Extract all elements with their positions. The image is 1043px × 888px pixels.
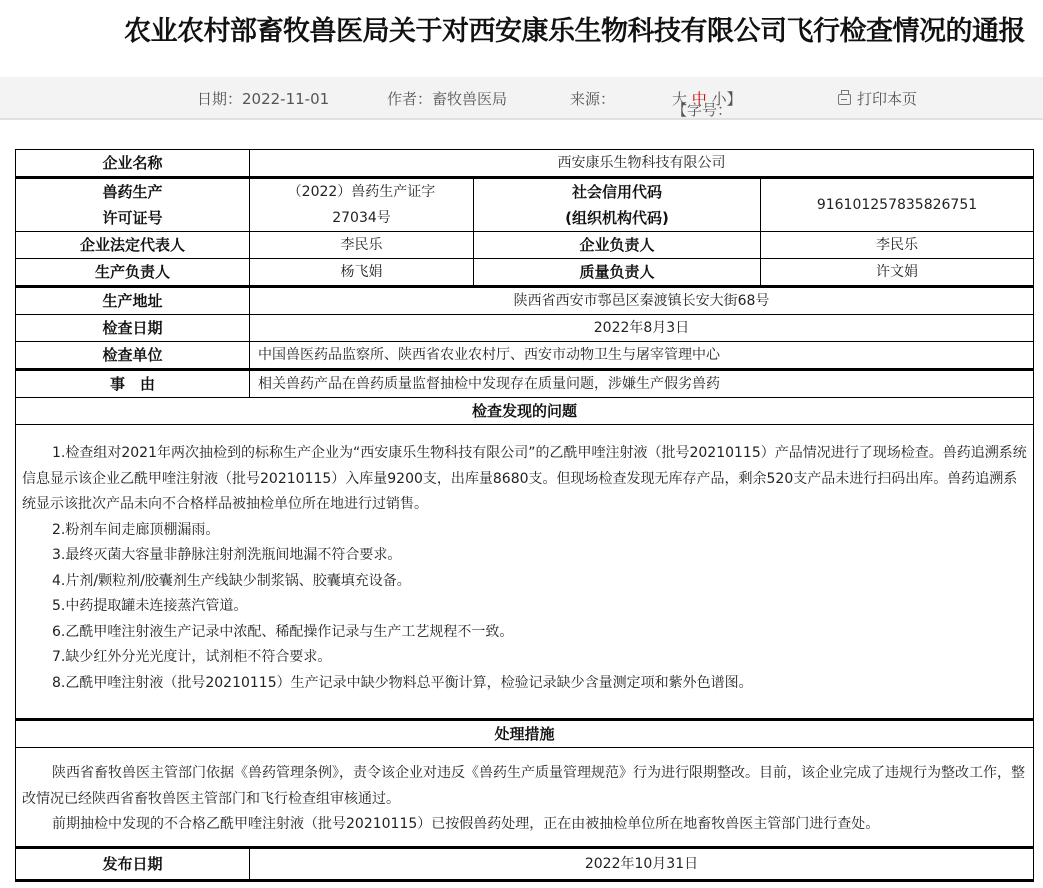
table-row-measures-body: 陕西省畜牧兽医主管部门依据《兽药管理条例》，责令该企业对违反《兽药生产质量管理规… [16, 748, 1034, 848]
problems-list: 1.检查组对2021年两次抽检到的标称生产企业为“西安康乐生物科技有限公司”的乙… [16, 425, 1034, 720]
table-row-license: 兽药生产许可证号 （2022）兽药生产证字27034号 社会信用代码(组织机构代… [16, 178, 1034, 232]
table-row-reason: 事 由 相关兽药产品在兽药质量监督抽检中发现存在质量问题，涉嫌生产假劣兽药 [16, 370, 1034, 398]
table-row-company-name: 企业名称 西安康乐生物科技有限公司 [16, 150, 1034, 178]
table-row-inspection-unit: 检查单位 中国兽医药品监察所、陕西省农业农村厅、西安市动物卫生与屠宰管理中心 [16, 342, 1034, 370]
credit-code-value: 916101257835826751 [761, 178, 1034, 232]
inspection-date-label: 检查日期 [16, 315, 250, 342]
table-row-problems-header: 检查发现的问题 [16, 398, 1034, 425]
quality-head-label: 质量负责人 [474, 259, 761, 287]
reason-value: 相关兽药产品在兽药质量监督抽检中发现存在质量问题，涉嫌生产假劣兽药 [250, 370, 1034, 398]
problem-item: 8.乙酰甲喹注射液（批号20210115）生产记录中缺少物料总平衡计算，检验记录… [22, 671, 1027, 697]
address-value: 陕西省西安市鄠邑区秦渡镇长安大街68号 [250, 287, 1034, 315]
table-row-inspection-date: 检查日期 2022年8月3日 [16, 315, 1034, 342]
publish-date-label: 发布日期 [16, 847, 250, 880]
measures-text: 陕西省畜牧兽医主管部门依据《兽药管理条例》，责令该企业对违反《兽药生产质量管理规… [16, 748, 1034, 848]
license-value-line1: （2022）兽药生产证字 [254, 179, 469, 205]
problems-section-header: 检查发现的问题 [16, 398, 1034, 425]
company-name-label: 企业名称 [16, 150, 250, 178]
credit-code-label-line1: 社会信用代码 [478, 179, 756, 205]
inspection-unit-value: 中国兽医药品监察所、陕西省农业农村厅、西安市动物卫生与屠宰管理中心 [250, 342, 1034, 370]
publish-date-meta: 日期：2022-11-01 [197, 88, 329, 109]
font-size-label-open: 【字号： [672, 99, 732, 120]
reason-label: 事 由 [16, 370, 250, 398]
legal-rep-value: 李民乐 [250, 232, 474, 259]
inspection-info-table: 企业名称 西安康乐生物科技有限公司 兽药生产许可证号 （2022）兽药生产证字2… [15, 149, 1034, 882]
measures-section-header: 处理措施 [16, 720, 1034, 748]
license-label-line2: 许可证号 [20, 205, 245, 231]
article-meta-bar: 日期：2022-11-01 作者：畜牧兽医局 来源： 【字号：大 中 小】 打印… [0, 77, 1043, 120]
table-row-publish-date: 发布日期 2022年10月31日 [16, 847, 1034, 880]
table-row-address: 生产地址 陕西省西安市鄠邑区秦渡镇长安大街68号 [16, 287, 1034, 315]
measure-paragraph: 前期抽检中发现的不合格乙酰甲喹注射液（批号20210115）已按假兽药处理，正在… [22, 812, 1027, 838]
print-page-label: 打印本页 [857, 90, 917, 108]
font-size-control: 【字号：大 中 小】 [672, 88, 742, 109]
print-page-button[interactable]: 打印本页 [838, 88, 917, 109]
address-label: 生产地址 [16, 287, 250, 315]
license-value-line2: 27034号 [254, 205, 469, 231]
problem-item: 5.中药提取罐未连接蒸汽管道。 [22, 594, 1027, 620]
credit-code-label: 社会信用代码(组织机构代码) [474, 178, 761, 232]
inspection-unit-label: 检查单位 [16, 342, 250, 370]
table-row-measures-header: 处理措施 [16, 720, 1034, 748]
problem-item: 7.缺少红外分光光度计，试剂柜不符合要求。 [22, 645, 1027, 671]
table-row-production-head: 生产负责人 杨飞娟 质量负责人 许文娟 [16, 259, 1034, 287]
printer-icon [838, 94, 851, 105]
problem-item: 3.最终灭菌大容量非静脉注射剂洗瓶间地漏不符合要求。 [22, 543, 1027, 569]
inspection-date-value: 2022年8月3日 [250, 315, 1034, 342]
credit-code-label-line2: (组织机构代码) [478, 205, 756, 231]
license-value: （2022）兽药生产证字27034号 [250, 178, 474, 232]
problem-item: 2.粉剂车间走廊顶棚漏雨。 [22, 518, 1027, 544]
table-row-problems-body: 1.检查组对2021年两次抽检到的标称生产企业为“西安康乐生物科技有限公司”的乙… [16, 425, 1034, 720]
company-name-value: 西安康乐生物科技有限公司 [250, 150, 1034, 178]
quality-head-value: 许文娟 [761, 259, 1034, 287]
problem-item: 6.乙酰甲喹注射液生产记录中浓配、稀配操作记录与生产工艺规程不一致。 [22, 620, 1027, 646]
license-label: 兽药生产许可证号 [16, 178, 250, 232]
legal-rep-label: 企业法定代表人 [16, 232, 250, 259]
measure-paragraph: 陕西省畜牧兽医主管部门依据《兽药管理条例》，责令该企业对违反《兽药生产质量管理规… [22, 761, 1027, 812]
table-row-legal-rep: 企业法定代表人 李民乐 企业负责人 李民乐 [16, 232, 1034, 259]
principal-label: 企业负责人 [474, 232, 761, 259]
problem-item: 1.检查组对2021年两次抽检到的标称生产企业为“西安康乐生物科技有限公司”的乙… [22, 441, 1027, 518]
page-title: 农业农村部畜牧兽医局关于对西安康乐生物科技有限公司飞行检查情况的通报 [0, 12, 1043, 52]
principal-value: 李民乐 [761, 232, 1034, 259]
source-meta: 来源： [570, 88, 615, 109]
production-head-label: 生产负责人 [16, 259, 250, 287]
author-meta: 作者：畜牧兽医局 [387, 88, 507, 109]
publish-date-value: 2022年10月31日 [250, 847, 1034, 880]
problem-item: 4.片剂/颗粒剂/胶囊剂生产线缺少制浆锅、胶囊填充设备。 [22, 569, 1027, 595]
production-head-value: 杨飞娟 [250, 259, 474, 287]
license-label-line1: 兽药生产 [20, 179, 245, 205]
